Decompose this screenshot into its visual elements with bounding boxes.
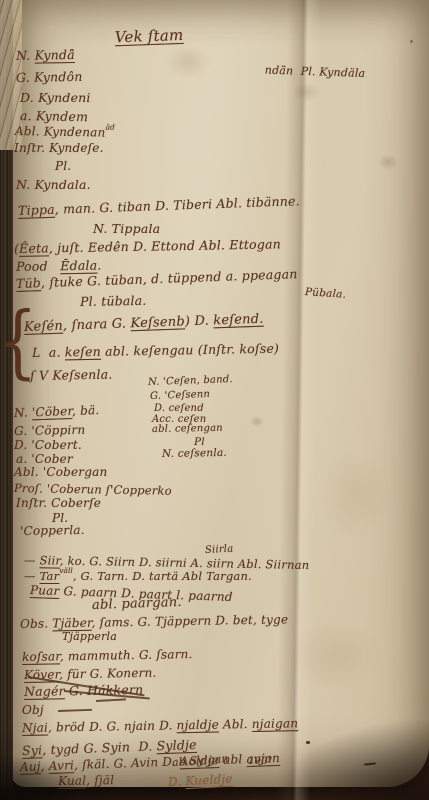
text-segment: ſ V Keſsenla. — [30, 367, 113, 383]
manuscript-line: abl. ceſengan — [152, 423, 223, 435]
text-segment: abl. ceſengan — [152, 423, 223, 435]
text-segment: . — [97, 258, 101, 273]
underlined-segment: Syi — [22, 742, 43, 758]
text-segment: G. 'Cöppirn — [14, 423, 86, 438]
underlined-segment: Êeta — [19, 240, 49, 256]
underlined-segment: koſsar — [22, 649, 60, 664]
underlined-segment: Tippa — [18, 202, 55, 218]
text-segment: , bä. — [72, 403, 100, 418]
text-segment: — — [24, 569, 40, 583]
manuscript-line: koſsar, mammuth. G. ſsarn. — [22, 647, 193, 664]
underlined-segment: Syldje — [156, 737, 197, 753]
manuscript-line: ſ V Keſsenla. — [30, 367, 113, 383]
text-segment: abl. keſengau (Inſtr. koſse) — [101, 341, 279, 359]
underlined-segment: Tüb — [16, 275, 42, 291]
manuscript-line: N. Kyndä̂ — [16, 47, 75, 63]
text-segment: 'Copperla. — [20, 523, 85, 538]
underlined-segment: keſen — [65, 344, 101, 360]
manuscript-line: G. 'Cöppirn — [14, 423, 86, 438]
text-segment: D. — [168, 774, 186, 789]
manuscript-line: G. 'Ceſsenn — [150, 389, 210, 402]
text-segment: L a. — [32, 344, 65, 360]
manuscript-photo: Vek ſtam ndä̈n Pl. Kyndäla N. Kyndä̂ G. … — [0, 0, 429, 800]
superscript-note: äd — [106, 123, 115, 132]
paper-stain — [250, 416, 264, 427]
text-segment: Inſtr. Kyndeſe. — [14, 141, 104, 155]
text-segment: Obs. — [20, 616, 53, 631]
underlined-segment: Njai — [22, 721, 48, 735]
underlined-segment: 'Cöber — [32, 404, 73, 419]
underlined-segment: Keſén — [24, 319, 63, 335]
text-segment: N. ceſsenla. — [162, 447, 227, 460]
underlined-segment: njaigan — [252, 716, 299, 731]
page-title: Vek ſtam — [94, 8, 184, 65]
underlined-segment: njaldje — [176, 718, 219, 733]
margin-note: ndä̈n Pl. Kyndäla — [249, 50, 366, 93]
text-segment: N. Kyndala. — [16, 177, 91, 192]
text-segment: D. ceſend — [154, 403, 204, 414]
text-segment: ) D. — [185, 313, 214, 329]
text-segment: , mammuth. G. ſsarn. — [60, 647, 193, 663]
manuscript-line: 'Copperla. — [20, 523, 85, 538]
underlined-segment: Aoldje — [179, 753, 219, 768]
manuscript-line: D. 'Cobert. — [14, 438, 82, 452]
text-segment: , ſjäl — [86, 773, 114, 787]
manuscript-line: Inſtr. Kyndeſe. — [14, 141, 104, 155]
text-segment: N. — [16, 48, 35, 63]
underlined-segment: Avri — [48, 758, 74, 773]
text-segment: N. Tippala — [93, 221, 160, 236]
manuscript-line: Inſtr. Coberſe — [16, 496, 101, 510]
text-segment: abl. paargan. — [92, 595, 182, 613]
manuscript-line: — Tarväll, G. Tarn. D. tartä Abl Targan. — [24, 569, 252, 583]
text-segment: D. Kyndeni — [20, 90, 91, 105]
text-segment: Pl — [194, 436, 205, 448]
manuscript-line: N. 'Cöber, bä. — [14, 403, 100, 420]
text-segment: abl — [219, 752, 247, 767]
manuscript-line: Obj — [22, 703, 44, 717]
underlined-segment: Kueldje — [185, 772, 233, 788]
manuscript-line: Tjäpperla — [62, 630, 117, 643]
text-segment: Tjäpperla — [62, 630, 117, 643]
manuscript-line: Pood Ēdala. — [16, 258, 102, 274]
text-segment: Obj — [22, 703, 44, 717]
underlined-segment: Siir — [39, 553, 60, 567]
text-segment: ndä̈n Pl. Kyndäla — [265, 64, 366, 81]
text-segment: , ſnara G. — [63, 316, 131, 333]
text-segment: Siirla — [205, 544, 234, 556]
superscript-note: väll — [59, 566, 73, 575]
text-segment: , für G. Konern. — [59, 666, 157, 682]
underlined-segment: avjan — [246, 751, 280, 766]
underlined-segment: Auj — [20, 759, 41, 774]
manuscript-line: Pl — [194, 436, 205, 448]
underlined-segment: Kyndä̂ — [35, 47, 75, 63]
text-segment: Pl. — [55, 159, 71, 173]
ink-speck — [306, 741, 310, 744]
underlined-segment: Nagér — [24, 683, 65, 699]
manuscript-line: N. Tippala — [93, 221, 160, 236]
manuscript-line: G. Kyndôn — [16, 69, 83, 85]
text-segment: a. 'Cober — [16, 452, 73, 466]
underlined-segment: Vek ſtam — [115, 26, 184, 46]
text-segment: G. 'Ceſsenn — [150, 389, 210, 402]
text-segment: Abl. — [219, 717, 252, 732]
underlined-segment: Tar — [40, 569, 60, 583]
text-segment: , G. Tarn. D. tartä Abl Targan. — [73, 569, 252, 583]
text-segment: — — [24, 553, 40, 567]
underlined-segment: Tjäber — [52, 616, 92, 631]
text-segment: , bröd D. G. njain D. — [48, 718, 177, 734]
underlined-segment: Kual — [58, 774, 86, 788]
underlined-segment: Keſsenb — [130, 314, 185, 331]
text-segment: Pl. tübala. — [80, 293, 147, 309]
paper-stain — [378, 154, 398, 170]
manuscript-line: Pl. — [55, 159, 71, 173]
manuscript-line: D. Kyndeni — [20, 90, 91, 105]
text-segment: a. Kyndem — [20, 108, 88, 124]
manuscript-line: D. ceſend — [154, 403, 204, 414]
manuscript-line: N. Kyndala. — [16, 177, 91, 192]
text-segment: D. 'Cobert. — [14, 438, 82, 452]
ink-speck — [410, 40, 413, 43]
manuscript-line: Pl. tübala. — [80, 293, 147, 309]
manuscript-line: abl. paargan. — [92, 595, 182, 613]
manuscript-line: Kual, ſjäl — [58, 773, 114, 788]
underlined-segment: Ēdala — [60, 258, 97, 274]
text-segment: Abl. Kyndenan — [15, 124, 106, 140]
paper-stain — [290, 620, 380, 690]
margin-note: Siirla — [205, 544, 234, 556]
underlined-segment: keſend. — [213, 312, 264, 329]
underlined-segment: Puar — [30, 583, 60, 598]
manuscript-line: a. Kyndem — [20, 108, 88, 124]
text-segment: G. Kyndôn — [16, 69, 83, 85]
text-segment: Pood — [16, 258, 61, 274]
manuscript-line: Abl. 'Cobergan — [14, 465, 107, 479]
text-segment: Inſtr. Coberſe — [16, 496, 101, 510]
text-segment: N. — [14, 405, 32, 420]
manuscript-line: a. 'Cober — [16, 452, 73, 466]
manuscript-line: Abl. Kyndenanäd — [15, 124, 115, 140]
manuscript-line: N. ceſsenla. — [162, 447, 227, 460]
paper-stain — [320, 450, 390, 540]
text-segment: Abl. 'Cobergan — [14, 465, 107, 479]
